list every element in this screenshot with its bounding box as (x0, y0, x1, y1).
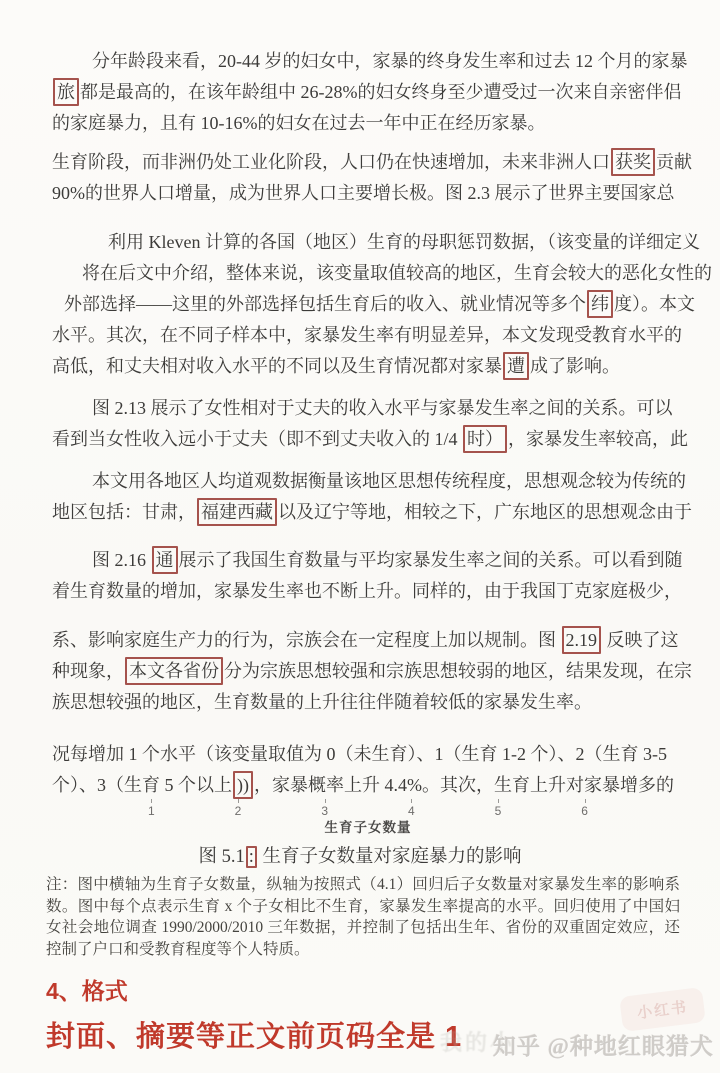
typo-highlight-box: 本文各省份 (125, 657, 223, 685)
text-line: 图 2.16 通展示了我国生育数量与平均家暴发生率之间的关系。可以看到随 (52, 545, 720, 576)
text-run: 况每增加 1 个水平（该变量取值为 0（未生育）、1（生育 1-2 个）、2（生… (52, 744, 667, 764)
text-line: 利用 Kleven 计算的各国（地区）生育的母职惩罚数据，（该变量的详细定义 (52, 227, 720, 258)
text-line: 图 2.13 展示了女性相对于丈夫的收入水平与家暴发生率之间的关系。可以 (52, 393, 720, 424)
figure-x-axis-label: 生育子女数量 (148, 819, 588, 836)
text-line: 高低，和丈夫相对收入水平的不同以及生育情况都对家暴遭成了影响。 (52, 351, 720, 382)
text-line: 看到当女性收入远小于丈夫（即不到丈夫收入的 1/4 时），家暴发生率较高，此 (52, 424, 720, 455)
x-axis-tick: 4 (408, 799, 415, 818)
figure-caption: 图 5.1: 生育子女数量对家庭暴力的影响 (0, 844, 720, 870)
x-axis-tick: 1 (148, 799, 155, 818)
text-run: 90%的世界人口增量，成为世界人口主要增长极。图 2.3 展示了世界主要国家总 (52, 183, 675, 203)
screenshot-root: { "document": { "lines": [ {"mt":0,"inde… (0, 0, 720, 1073)
text-run: 都是最高的，在该年龄组中 26-28%的妇女终身至少遭受过一次来自亲密伴侣 (80, 82, 682, 102)
text-run: 度）。本文 (614, 294, 695, 314)
text-run: 利用 Kleven 计算的各国（地区）生育的母职惩罚数据，（该变量的详细定义 (108, 232, 700, 252)
text-run: 地区包括：甘肃， (52, 502, 196, 522)
text-run: 个）、3（生育 5 个以上 (52, 775, 232, 795)
text-run: 成了影响。 (530, 356, 620, 376)
typo-highlight-box: 福建西藏 (197, 498, 277, 526)
text-line: 着生育数量的增加，家暴发生率也不断上升。同样的，由于我国丁克家庭极少， (52, 576, 720, 607)
text-run: ，家暴发生率较高，此 (508, 429, 688, 449)
text-run: 图 2.16 (92, 550, 151, 570)
figure-x-axis-ticks: 123456 (148, 799, 588, 818)
text-run: 外部选择——这里的外部选择包括生育后的收入、就业情况等多个 (64, 294, 586, 314)
text-run: 生育阶段，而非洲仍处工业化阶段，人口仍在快速增加，未来非洲人口 (52, 152, 610, 172)
text-line: 水平。其次，在不同子样本中，家暴发生率有明显差异，本文发现受教育水平的 (52, 320, 720, 351)
section-heading: 4、格式 (46, 976, 720, 1006)
x-axis-tick: 2 (235, 799, 242, 818)
figure-x-axis: 123456 生育子女数量 (0, 799, 720, 836)
typo-highlight-box: 通 (152, 546, 178, 574)
text-run: 种现象， (52, 661, 124, 681)
text-line: 的家庭暴力，且有 10-16%的妇女在过去一年中正在经历家暴。 (52, 108, 720, 139)
typo-highlight-box: 时） (463, 425, 507, 453)
text-run: 贡献 (656, 152, 692, 172)
text-run: ，家暴概率上升 4.4%。其次，生育上升对家暴增多的 (254, 775, 674, 795)
text-run: 高低，和丈夫相对收入水平的不同以及生育情况都对家暴 (52, 356, 502, 376)
document-page: 分年龄段来看，20-44 岁的妇女中，家暴的终身发生率和过去 12 个月的家暴旅… (0, 0, 720, 1073)
x-axis-tick: 6 (581, 799, 588, 818)
typo-highlight-box: 纬 (587, 290, 613, 318)
text-run: 以及辽宁等地，相较之下，广东地区的思想观念由于 (278, 502, 692, 522)
text-line: 旅都是最高的，在该年龄组中 26-28%的妇女终身至少遭受过一次来自亲密伴侣 (52, 77, 720, 108)
text-run: 着生育数量的增加，家暴发生率也不断上升。同样的，由于我国丁克家庭极少， (52, 581, 682, 601)
text-line: 个）、3（生育 5 个以上))，家暴概率上升 4.4%。其次，生育上升对家暴增多… (52, 770, 720, 801)
x-axis-tick: 3 (321, 799, 328, 818)
typo-highlight-box: 获奖 (611, 148, 655, 176)
text-line: 本文用各地区人均道观数据衡量该地区思想传统程度，思想观念较为传统的 (52, 466, 720, 497)
text-run: 系、影响家庭生产力的行为，宗族会在一定程度上加以规制。图 (52, 630, 561, 650)
text-run: 图 2.13 展示了女性相对于丈夫的收入水平与家暴发生率之间的关系。可以 (92, 398, 673, 418)
text-run: 水平。其次，在不同子样本中，家暴发生率有明显差异，本文发现受教育水平的 (52, 325, 682, 345)
text-run: 本文用各地区人均道观数据衡量该地区思想传统程度，思想观念较为传统的 (92, 471, 686, 491)
text-line: 生育阶段，而非洲仍处工业化阶段，人口仍在快速增加，未来非洲人口获奖贡献 (52, 147, 720, 178)
text-line: 族思想较强的地区，生育数量的上升往往伴随着较低的家暴发生率。 (52, 687, 720, 718)
x-axis-tick: 5 (495, 799, 502, 818)
text-run: 看到当女性收入远小于丈夫（即不到丈夫收入的 1/4 (52, 429, 462, 449)
text-run: 分为宗族思想较强和宗族思想较弱的地区，结果发现，在宗 (224, 661, 692, 681)
typo-highlight-box: : (246, 846, 257, 868)
text-run: 生育子女数量对家庭暴力的影响 (258, 847, 522, 867)
text-run: 将在后文中介绍，整体来说，该变量取值较高的地区，生育会较大的恶化女性的 (82, 263, 712, 283)
text-line: 90%的世界人口增量，成为世界人口主要增长极。图 2.3 展示了世界主要国家总 (52, 178, 720, 209)
typo-highlight-box: 旅 (53, 78, 79, 106)
typo-highlight-box: 2.19 (562, 626, 602, 654)
text-line: 分年龄段来看，20-44 岁的妇女中，家暴的终身发生率和过去 12 个月的家暴 (52, 46, 720, 77)
text-line: 地区包括：甘肃，福建西藏以及辽宁等地，相较之下，广东地区的思想观念由于 (52, 497, 720, 528)
text-run: 的家庭暴力，且有 10-16%的妇女在过去一年中正在经历家暴。 (52, 113, 546, 133)
text-run: 族思想较强的地区，生育数量的上升往往伴随着较低的家暴发生率。 (52, 692, 592, 712)
text-line: 况每增加 1 个水平（该变量取值为 0（未生育）、1（生育 1-2 个）、2（生… (52, 739, 720, 770)
text-run: 分年龄段来看，20-44 岁的妇女中，家暴的终身发生率和过去 12 个月的家暴 (92, 51, 688, 71)
zhihu-watermark: 知乎 @种地红眼猎犬 (493, 1028, 714, 1061)
text-run: 展示了我国生育数量与平均家暴发生率之间的关系。可以看到随 (179, 550, 683, 570)
text-run: 反映了这 (602, 630, 679, 650)
text-line: 将在后文中介绍，整体来说，该变量取值较高的地区，生育会较大的恶化女性的 (52, 258, 720, 289)
typo-highlight-box: )) (233, 771, 253, 799)
xiaohongshu-logo-label: 小红书 (636, 999, 689, 1022)
figure-note: 注：图中横轴为生育子女数量，纵轴为按照式（4.1）回归后子女数量对家暴发生率的影… (46, 874, 680, 960)
text-line: 种现象，本文各省份分为宗族思想较强和宗族思想较弱的地区，结果发现，在宗 (52, 656, 720, 687)
text-line: 外部选择——这里的外部选择包括生育后的收入、就业情况等多个纬度）。本文 (52, 289, 720, 320)
text-line: 系、影响家庭生产力的行为，宗族会在一定程度上加以规制。图 2.19 反映了这 (52, 625, 720, 656)
text-run: 图 5.1 (198, 847, 244, 867)
document-body: 分年龄段来看，20-44 岁的妇女中，家暴的终身发生率和过去 12 个月的家暴旅… (0, 0, 720, 801)
typo-highlight-box: 遭 (503, 352, 529, 380)
